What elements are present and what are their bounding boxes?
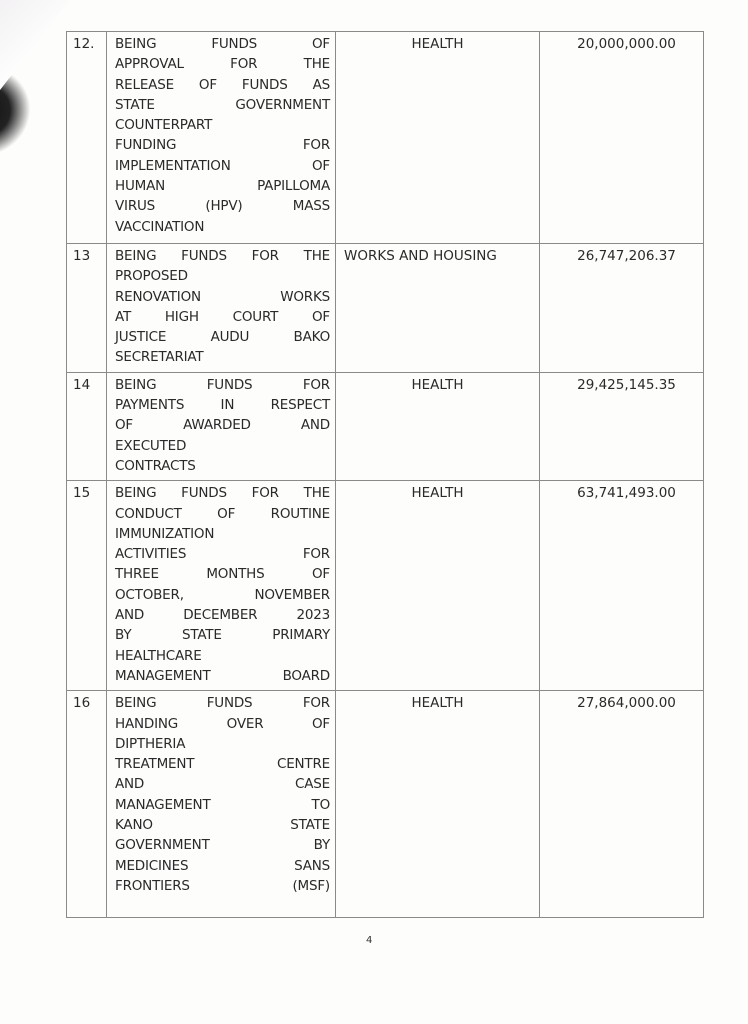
ministry-cell: HEALTH [336, 481, 540, 691]
description-line: HEALTHCARE [115, 646, 330, 666]
ministry-cell: WORKS AND HOUSING [336, 244, 540, 373]
amount-cell: 63,741,493.00 [540, 481, 704, 691]
description-cell: BEING FUNDS FORPAYMENTS IN RESPECTOF AWA… [107, 372, 336, 480]
amount-cell: 27,864,000.00 [540, 691, 704, 918]
description-line: BEING FUNDS FOR [115, 375, 330, 395]
description-line: OF AWARDED AND [115, 415, 330, 435]
serial-number: 14 [67, 372, 107, 480]
serial-number: 12. [67, 32, 107, 244]
description-line: BEING FUNDS FOR THE [115, 483, 330, 503]
description-line: AND CASE [115, 774, 330, 794]
table-row: 13BEING FUNDS FOR THEPROPOSEDRENOVATION … [67, 244, 704, 373]
description-line: COUNTERPART [115, 115, 330, 135]
description-line: KANO STATE [115, 815, 330, 835]
description-line: HUMAN PAPILLOMA [115, 176, 330, 196]
description-cell: BEING FUNDS FORHANDING OVER OFDIPTHERIAT… [107, 691, 336, 918]
description-line: JUSTICE AUDU BAKO [115, 327, 330, 347]
description-line: EXECUTED [115, 436, 330, 456]
description-line: MANAGEMENT TO [115, 795, 330, 815]
description-line: BEING FUNDS OF [115, 34, 330, 54]
description-line: THREE MONTHS OF [115, 564, 330, 584]
description-line: BEING FUNDS FOR THE [115, 246, 330, 266]
description-line: GOVERNMENT BY [115, 835, 330, 855]
serial-number: 15 [67, 481, 107, 691]
table-row: 12.BEING FUNDS OFAPPROVAL FOR THERELEASE… [67, 32, 704, 244]
ministry-cell: HEALTH [336, 691, 540, 918]
description-line: FRONTIERS (MSF) [115, 876, 330, 896]
serial-number: 13 [67, 244, 107, 373]
ministry-cell: HEALTH [336, 32, 540, 244]
description-line: SECRETARIAT [115, 347, 330, 367]
description-cell: BEING FUNDS FOR THECONDUCT OF ROUTINEIMM… [107, 481, 336, 691]
description-line: AND DECEMBER 2023 [115, 605, 330, 625]
description-line: RELEASE OF FUNDS AS [115, 75, 330, 95]
amount-cell: 29,425,145.35 [540, 372, 704, 480]
serial-number: 16 [67, 691, 107, 918]
amount-cell: 20,000,000.00 [540, 32, 704, 244]
description-line: RENOVATION WORKS [115, 287, 330, 307]
description-line: OCTOBER, NOVEMBER [115, 585, 330, 605]
description-line: PROPOSED [115, 266, 330, 286]
description-line: FUNDING FOR [115, 135, 330, 155]
description-line: TREATMENT CENTRE [115, 754, 330, 774]
ministry-cell: HEALTH [336, 372, 540, 480]
funds-approval-table: 12.BEING FUNDS OFAPPROVAL FOR THERELEASE… [66, 31, 704, 918]
description-line: BEING FUNDS FOR [115, 693, 330, 713]
description-line: IMMUNIZATION [115, 524, 330, 544]
description-line: HANDING OVER OF [115, 714, 330, 734]
description-line: CONTRACTS [115, 456, 330, 476]
description-cell: BEING FUNDS FOR THEPROPOSEDRENOVATION WO… [107, 244, 336, 373]
page-corner [0, 0, 70, 90]
description-line: AT HIGH COURT OF [115, 307, 330, 327]
description-line: VIRUS (HPV) MASS [115, 196, 330, 216]
description-line: PAYMENTS IN RESPECT [115, 395, 330, 415]
description-line: STATE GOVERNMENT [115, 95, 330, 115]
description-line: ACTIVITIES FOR [115, 544, 330, 564]
amount-cell: 26,747,206.37 [540, 244, 704, 373]
table-row: 14BEING FUNDS FORPAYMENTS IN RESPECTOF A… [67, 372, 704, 480]
description-line: MEDICINES SANS [115, 856, 330, 876]
description-line: IMPLEMENTATION OF [115, 156, 330, 176]
description-line: MANAGEMENT BOARD [115, 666, 330, 686]
description-line: VACCINATION [115, 217, 330, 237]
table-row: 15BEING FUNDS FOR THECONDUCT OF ROUTINEI… [67, 481, 704, 691]
table-row: 16BEING FUNDS FORHANDING OVER OFDIPTHERI… [67, 691, 704, 918]
description-line: BY STATE PRIMARY [115, 625, 330, 645]
description-line: CONDUCT OF ROUTINE [115, 504, 330, 524]
description-line: APPROVAL FOR THE [115, 54, 330, 74]
page-number: 4 [366, 935, 372, 946]
description-line: DIPTHERIA [115, 734, 330, 754]
description-cell: BEING FUNDS OFAPPROVAL FOR THERELEASE OF… [107, 32, 336, 244]
